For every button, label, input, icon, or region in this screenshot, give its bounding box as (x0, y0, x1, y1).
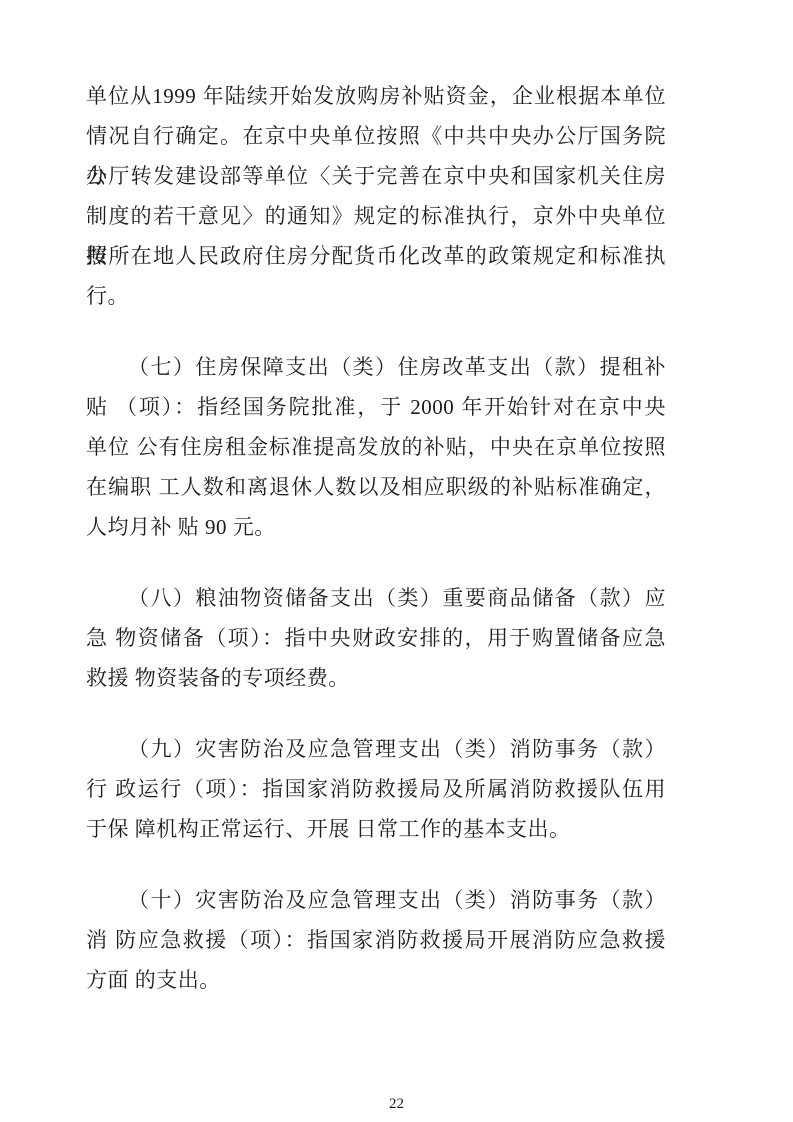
item-8-paragraph: （八）粮油物资储备支出（类）重要商品储备（款）应 急 物资储备（项）：指中央财政… (86, 578, 666, 698)
document-page: 单位从1999 年陆续开始发放购房补贴资金，企业根据本单位 情况自行确定。在京中… (0, 0, 793, 1122)
item-10-paragraph: （十）灾害防治及应急管理支出（类）消防事务（款） 消 防应急救援（项）：指国家消… (86, 880, 666, 1000)
text-line: （九）灾害防治及应急管理支出（类）消防事务（款） (86, 729, 666, 769)
text-line: 制度的若干意见〉的通知》规定的标准执行，京外中央单位按 (86, 196, 666, 236)
text-line: （八）粮油物资储备支出（类）重要商品储备（款）应 (86, 578, 666, 618)
text-block: 单位从1999 年陆续开始发放购房补贴资金，企业根据本单位 情况自行确定。在京中… (86, 76, 666, 1000)
text-line: 消 防应急救援（项）：指国家消防救援局开展消防应急救援 (86, 920, 666, 960)
text-line: 照所在地人民政府住房分配货币化改革的政策规定和标准执 (86, 236, 666, 276)
text-line: 在编职 工人数和离退休人数以及相应职级的补贴标准确定， (86, 467, 666, 507)
text-line: 于保 障机构正常运行、开展 日常工作的基本支出。 (86, 809, 666, 849)
item-9-paragraph: （九）灾害防治及应急管理支出（类）消防事务（款） 行 政运行（项）：指国家消防救… (86, 729, 666, 849)
text-line: （七）住房保障支出（类）住房改革支出（款）提租补 (86, 347, 666, 387)
text-line: 贴 （项）：指经国务院批准，于 2000 年开始针对在京中央 (86, 387, 666, 427)
text-line: 行。 (86, 276, 666, 316)
text-line: 急 物资储备（项）：指中央财政安排的，用于购置储备应急 (86, 618, 666, 658)
item-7-paragraph: （七）住房保障支出（类）住房改革支出（款）提租补 贴 （项）：指经国务院批准，于… (86, 347, 666, 547)
text-line: 人均月补 贴 90 元。 (86, 507, 666, 547)
text-line: （十）灾害防治及应急管理支出（类）消防事务（款） (86, 880, 666, 920)
text-line: 救援 物资装备的专项经费。 (86, 658, 666, 698)
text-line: 方面 的支出。 (86, 960, 666, 1000)
continuation-paragraph: 单位从1999 年陆续开始发放购房补贴资金，企业根据本单位 情况自行确定。在京中… (86, 76, 666, 316)
text-line: 单位 公有住房租金标准提高发放的补贴，中央在京单位按照 (86, 427, 666, 467)
text-line: 公厅转发建设部等单位〈关于完善在京中央和国家机关住房 (86, 156, 666, 196)
page-number: 22 (0, 1096, 793, 1113)
text-line: 情况自行确定。在京中央单位按照《中共中央办公厅国务院办 (86, 116, 666, 156)
text-line: 行 政运行（项）：指国家消防救援局及所属消防救援队伍用 (86, 769, 666, 809)
text-line: 单位从1999 年陆续开始发放购房补贴资金，企业根据本单位 (86, 76, 666, 116)
